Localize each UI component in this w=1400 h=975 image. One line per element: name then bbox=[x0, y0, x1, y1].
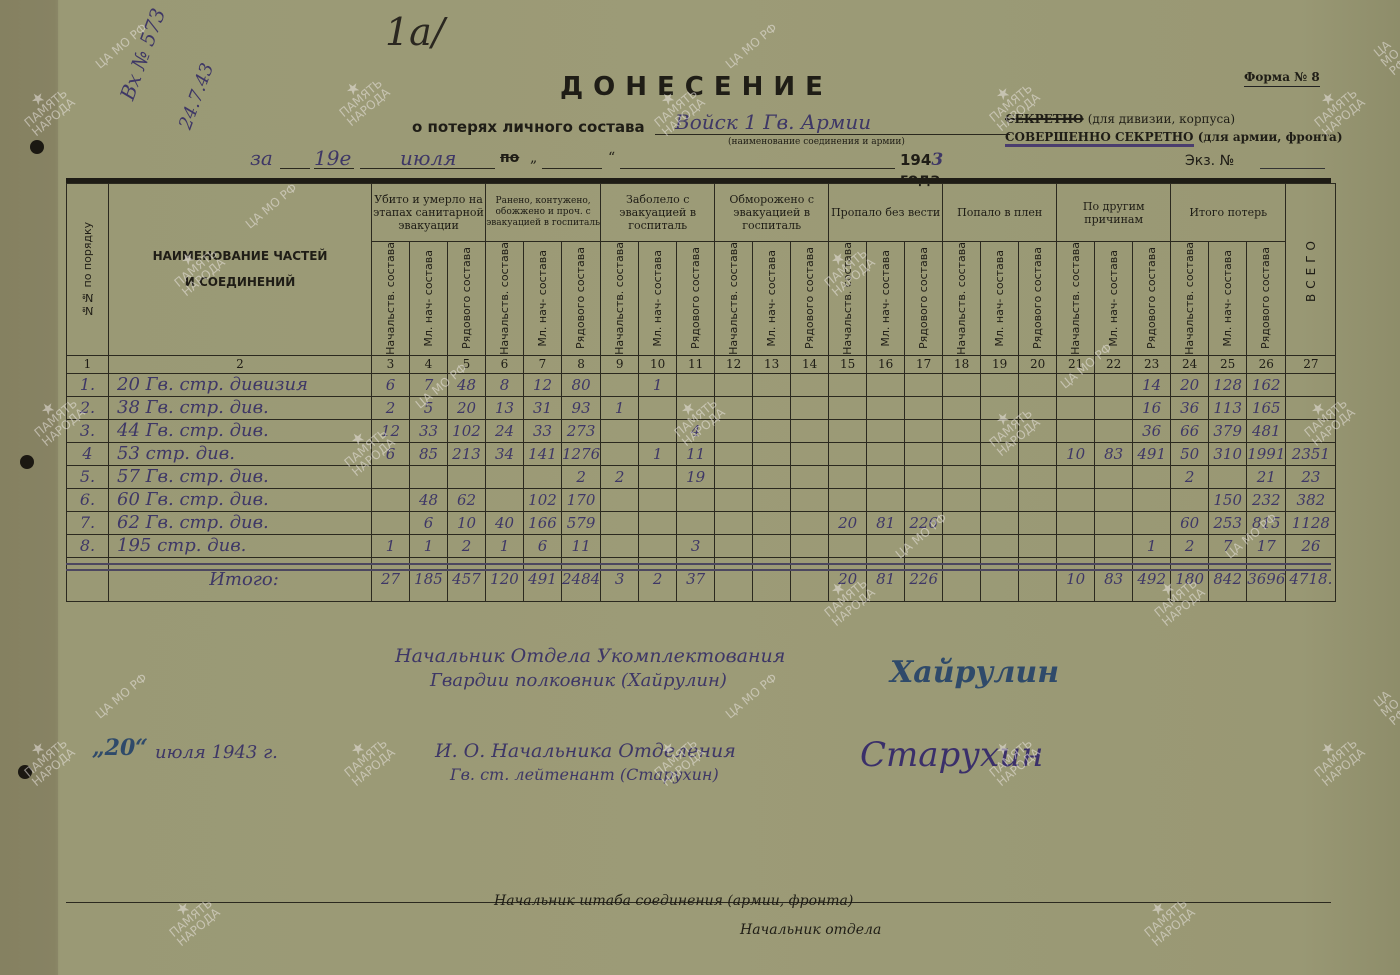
value-cell bbox=[943, 442, 981, 465]
unit-name: 62 Гв. стр. див. bbox=[109, 511, 372, 534]
value-cell bbox=[829, 442, 867, 465]
value-cell bbox=[1057, 511, 1095, 534]
value-cell bbox=[867, 396, 905, 419]
value-cell bbox=[715, 465, 753, 488]
value-cell bbox=[524, 465, 562, 488]
header-unit-name: НАИМЕНОВАНИЕ ЧАСТЕЙ И СОЕДИНЕНИЙ bbox=[109, 184, 372, 356]
value-cell: 2 bbox=[562, 465, 601, 488]
group-frostbite: Обморожено с эвакуацией в госпиталь bbox=[715, 184, 829, 242]
value-cell bbox=[943, 396, 981, 419]
value-cell: 491 bbox=[1133, 442, 1171, 465]
classification-top-secret: СОВЕРШЕННО СЕКРЕТНО (для армии, фронта) bbox=[1005, 130, 1343, 144]
value-cell bbox=[791, 534, 829, 557]
value-cell bbox=[639, 396, 677, 419]
value-cell bbox=[639, 419, 677, 442]
report-date: июля 1943 г. bbox=[155, 742, 278, 763]
value-cell: 12 bbox=[372, 419, 410, 442]
value-cell: 3 bbox=[677, 534, 715, 557]
value-cell: 24 bbox=[486, 419, 524, 442]
value-cell: 80 bbox=[562, 373, 601, 396]
value-cell bbox=[1019, 419, 1057, 442]
value-cell bbox=[981, 534, 1019, 557]
group-missing: Пропало без вести bbox=[829, 184, 943, 242]
value-cell bbox=[715, 419, 753, 442]
header-grand-total: ВСЕГО bbox=[1286, 184, 1336, 356]
value-cell: 34 bbox=[486, 442, 524, 465]
value-cell: 2 bbox=[448, 534, 486, 557]
sheet-mark: 1а/ bbox=[385, 10, 445, 54]
value-cell: 1 bbox=[486, 534, 524, 557]
table-row: 453 стр. див.685213341411276111108349150… bbox=[67, 442, 1336, 465]
value-cell bbox=[601, 511, 639, 534]
value-cell bbox=[867, 534, 905, 557]
value-cell bbox=[943, 488, 981, 511]
value-cell: 33 bbox=[410, 419, 448, 442]
watermark: ★ПАМЯТЬНАРОДА bbox=[334, 728, 397, 789]
value-cell bbox=[1095, 534, 1133, 557]
row-number: 8. bbox=[67, 534, 109, 557]
watermark-archive: ЦА МО РФ bbox=[93, 671, 149, 720]
value-cell bbox=[1171, 488, 1209, 511]
value-cell bbox=[867, 465, 905, 488]
value-cell bbox=[905, 442, 943, 465]
table-row: 3.44 Гв. стр. див.1233102243327343666379… bbox=[67, 419, 1336, 442]
value-cell: 1 bbox=[639, 373, 677, 396]
value-cell: 6 bbox=[410, 511, 448, 534]
value-cell bbox=[1095, 511, 1133, 534]
value-cell bbox=[1133, 511, 1171, 534]
value-cell: 1128 bbox=[1286, 511, 1336, 534]
watermark: ★ПАМЯТЬНАРОДА bbox=[329, 68, 392, 129]
value-cell: 379 bbox=[1209, 419, 1247, 442]
value-cell: 7 bbox=[1209, 534, 1247, 557]
value-cell: 48 bbox=[410, 488, 448, 511]
value-cell bbox=[943, 465, 981, 488]
value-cell bbox=[943, 419, 981, 442]
value-cell: 226 bbox=[905, 511, 943, 534]
value-cell bbox=[1095, 488, 1133, 511]
value-cell bbox=[981, 465, 1019, 488]
value-cell bbox=[486, 488, 524, 511]
row-number: 4 bbox=[67, 442, 109, 465]
value-cell bbox=[1209, 465, 1247, 488]
value-cell: 2 bbox=[1171, 534, 1209, 557]
value-cell bbox=[791, 511, 829, 534]
value-cell: 20 bbox=[448, 396, 486, 419]
value-cell bbox=[1057, 373, 1095, 396]
value-cell bbox=[639, 511, 677, 534]
value-cell bbox=[905, 396, 943, 419]
value-cell: 50 bbox=[1171, 442, 1209, 465]
value-cell: 93 bbox=[562, 396, 601, 419]
value-cell: 1 bbox=[639, 442, 677, 465]
value-cell bbox=[981, 373, 1019, 396]
form-number: Форма № 8 bbox=[1244, 70, 1320, 87]
signature-rank-2: Гв. ст. лейтенант (Старухин) bbox=[450, 765, 719, 784]
value-cell bbox=[639, 465, 677, 488]
value-cell: 815 bbox=[1247, 511, 1286, 534]
punch-hole bbox=[20, 455, 34, 469]
signature-1: Хайрулин bbox=[890, 655, 1059, 690]
signature-rank-1: Гвардии полковник (Хайрулин) bbox=[430, 670, 727, 691]
classification-secret: СЕКРЕТНО (для дивизии, корпуса) bbox=[1005, 112, 1235, 126]
value-cell bbox=[1019, 511, 1057, 534]
value-cell: 16 bbox=[1133, 396, 1171, 419]
value-cell bbox=[1019, 488, 1057, 511]
totals-separator bbox=[66, 563, 1331, 571]
report-date-day: „20“ bbox=[92, 735, 148, 761]
value-cell bbox=[601, 534, 639, 557]
value-cell bbox=[1019, 396, 1057, 419]
document-page: Вх № 573 24.7.43 1а/ ДОНЕСЕНИЕ о потерях… bbox=[0, 0, 1400, 975]
value-cell bbox=[677, 373, 715, 396]
watermark-archive: ЦА МО РФ bbox=[723, 21, 779, 70]
value-cell bbox=[753, 465, 791, 488]
value-cell: 62 bbox=[448, 488, 486, 511]
header-row-number: №№ по порядку bbox=[67, 184, 109, 356]
value-cell bbox=[1286, 419, 1336, 442]
copy-number-label: Экз. № bbox=[1185, 153, 1234, 169]
value-cell: 2 bbox=[1171, 465, 1209, 488]
value-cell: 23 bbox=[1286, 465, 1336, 488]
value-cell bbox=[943, 534, 981, 557]
group-killed: Убито и умерло на этапах санитарной эвак… bbox=[372, 184, 486, 242]
value-cell: 382 bbox=[1286, 488, 1336, 511]
value-cell: 141 bbox=[524, 442, 562, 465]
value-cell bbox=[1057, 465, 1095, 488]
value-cell bbox=[601, 419, 639, 442]
value-cell: 17 bbox=[1247, 534, 1286, 557]
value-cell: 1 bbox=[1133, 534, 1171, 557]
watermark: ★ПАМЯТЬНАРОДА bbox=[159, 888, 222, 949]
watermark-archive: ЦА МО РФ bbox=[1371, 38, 1400, 78]
value-cell: 20 bbox=[829, 511, 867, 534]
value-cell bbox=[715, 442, 753, 465]
value-cell bbox=[1057, 534, 1095, 557]
value-cell bbox=[601, 488, 639, 511]
row-number: 7. bbox=[67, 511, 109, 534]
watermark-archive: ЦА МО РФ bbox=[723, 671, 779, 720]
value-cell bbox=[943, 373, 981, 396]
value-cell bbox=[677, 396, 715, 419]
value-cell bbox=[829, 419, 867, 442]
value-cell bbox=[715, 488, 753, 511]
value-cell bbox=[448, 465, 486, 488]
binding-strip bbox=[0, 0, 58, 975]
value-cell bbox=[677, 511, 715, 534]
star-icon: ★ bbox=[1134, 888, 1181, 930]
row-number: 6. bbox=[67, 488, 109, 511]
value-cell bbox=[715, 534, 753, 557]
value-cell bbox=[486, 465, 524, 488]
unit-name: 20 Гв. стр. дивизия bbox=[109, 373, 372, 396]
value-cell bbox=[905, 488, 943, 511]
value-cell: 579 bbox=[562, 511, 601, 534]
watermark: ★ПАМЯТЬНАРОДА bbox=[1134, 888, 1197, 949]
signature-title-1: Начальник Отдела Укомплектования bbox=[395, 645, 785, 667]
value-cell bbox=[1095, 465, 1133, 488]
value-cell: 81 bbox=[867, 511, 905, 534]
value-cell bbox=[753, 419, 791, 442]
footer-chief-of-staff: Начальник штаба соединения (армии, фронт… bbox=[494, 893, 853, 909]
star-icon: ★ bbox=[329, 68, 376, 110]
value-cell: 232 bbox=[1247, 488, 1286, 511]
value-cell: 2 bbox=[601, 465, 639, 488]
unit-name: 44 Гв. стр. див. bbox=[109, 419, 372, 442]
value-cell bbox=[1286, 373, 1336, 396]
unit-name: 38 Гв. стр. див. bbox=[109, 396, 372, 419]
signature-2: Старухин bbox=[860, 735, 1043, 775]
value-cell: 10 bbox=[1057, 442, 1095, 465]
value-cell bbox=[981, 396, 1019, 419]
table-row: 1.20 Гв. стр. дивизия6748812801142012816… bbox=[67, 373, 1336, 396]
value-cell: 1 bbox=[410, 534, 448, 557]
copy-number-field bbox=[1260, 168, 1325, 169]
value-cell bbox=[981, 488, 1019, 511]
value-cell: 8 bbox=[486, 373, 524, 396]
value-cell bbox=[791, 396, 829, 419]
value-cell: 19 bbox=[677, 465, 715, 488]
table-row: 2.38 Гв. стр. див.252013319311636113165 bbox=[67, 396, 1336, 419]
value-cell: 85 bbox=[410, 442, 448, 465]
value-cell bbox=[829, 396, 867, 419]
value-cell bbox=[791, 373, 829, 396]
value-cell bbox=[791, 442, 829, 465]
value-cell: 162 bbox=[1247, 373, 1286, 396]
value-cell bbox=[867, 442, 905, 465]
footer-dept-chief: Начальник отдела bbox=[740, 922, 881, 938]
value-cell: 21 bbox=[1247, 465, 1286, 488]
value-cell bbox=[372, 511, 410, 534]
signature-title-2: И. О. Начальника Отделения bbox=[435, 740, 736, 762]
value-cell: 20 bbox=[1171, 373, 1209, 396]
unit-field: Войск 1 Гв. Армии bbox=[655, 110, 1010, 135]
value-cell: 6 bbox=[524, 534, 562, 557]
value-cell bbox=[943, 511, 981, 534]
table-row: 6.60 Гв. стр. див.4862102170150232382 bbox=[67, 488, 1336, 511]
value-cell: 31 bbox=[524, 396, 562, 419]
value-cell: 113 bbox=[1209, 396, 1247, 419]
value-cell bbox=[829, 373, 867, 396]
value-cell bbox=[829, 534, 867, 557]
group-sick: Заболело с эвакуацией в госпиталь bbox=[601, 184, 715, 242]
value-cell: 4 bbox=[677, 419, 715, 442]
value-cell: 102 bbox=[524, 488, 562, 511]
punch-hole bbox=[18, 765, 32, 779]
value-cell: 13 bbox=[486, 396, 524, 419]
value-cell bbox=[1019, 373, 1057, 396]
value-cell bbox=[677, 488, 715, 511]
value-cell: 10 bbox=[448, 511, 486, 534]
unit-name: 57 Гв. стр. див. bbox=[109, 465, 372, 488]
value-cell bbox=[1019, 465, 1057, 488]
value-cell: 40 bbox=[486, 511, 524, 534]
value-cell: 11 bbox=[562, 534, 601, 557]
subtitle: о потерях личного состава bbox=[412, 118, 645, 136]
value-cell bbox=[1095, 373, 1133, 396]
unit-name: 195 стр. див. bbox=[109, 534, 372, 557]
value-cell bbox=[1095, 419, 1133, 442]
value-cell bbox=[829, 465, 867, 488]
value-cell bbox=[639, 488, 677, 511]
value-cell: 5 bbox=[410, 396, 448, 419]
star-icon: ★ bbox=[159, 888, 206, 930]
value-cell: 1991 bbox=[1247, 442, 1286, 465]
margin-note-incoming: Вх № 573 bbox=[115, 5, 170, 103]
value-cell bbox=[1133, 488, 1171, 511]
value-cell bbox=[905, 419, 943, 442]
value-cell bbox=[981, 511, 1019, 534]
value-cell: 102 bbox=[448, 419, 486, 442]
table-row: 8.195 стр. див.112161131271726 bbox=[67, 534, 1336, 557]
value-cell bbox=[829, 488, 867, 511]
value-cell bbox=[1133, 465, 1171, 488]
value-cell: 166 bbox=[524, 511, 562, 534]
row-number: 5. bbox=[67, 465, 109, 488]
unit-handwritten: Войск 1 Гв. Армии bbox=[675, 110, 871, 134]
value-cell: 7 bbox=[410, 373, 448, 396]
value-cell: 36 bbox=[1171, 396, 1209, 419]
value-cell bbox=[791, 419, 829, 442]
value-cell: 66 bbox=[1171, 419, 1209, 442]
value-cell: 83 bbox=[1095, 442, 1133, 465]
unit-name: 60 Гв. стр. див. bbox=[109, 488, 372, 511]
star-icon: ★ bbox=[334, 728, 381, 770]
value-cell: 273 bbox=[562, 419, 601, 442]
value-cell bbox=[981, 419, 1019, 442]
value-cell bbox=[372, 488, 410, 511]
value-cell bbox=[1057, 488, 1095, 511]
table-row: 5.57 Гв. стр. див.221922123 bbox=[67, 465, 1336, 488]
value-cell bbox=[867, 373, 905, 396]
watermark: ★ПАМЯТЬНАРОДА bbox=[1304, 728, 1367, 789]
value-cell: 2 bbox=[372, 396, 410, 419]
value-cell: 1 bbox=[601, 396, 639, 419]
value-cell bbox=[753, 373, 791, 396]
value-cell: 165 bbox=[1247, 396, 1286, 419]
punch-hole bbox=[30, 140, 44, 154]
value-cell: 253 bbox=[1209, 511, 1247, 534]
value-cell bbox=[1095, 396, 1133, 419]
value-cell bbox=[1019, 442, 1057, 465]
value-cell bbox=[715, 396, 753, 419]
value-cell bbox=[753, 488, 791, 511]
value-cell: 6 bbox=[372, 442, 410, 465]
value-cell: 150 bbox=[1209, 488, 1247, 511]
value-cell: 170 bbox=[562, 488, 601, 511]
value-cell bbox=[905, 373, 943, 396]
period-line: за 19е июля по „ “ 1943 года bbox=[250, 150, 985, 172]
value-cell bbox=[867, 419, 905, 442]
margin-note-date: 24.7.43 bbox=[175, 60, 218, 132]
star-icon: ★ bbox=[979, 73, 1026, 115]
unit-caption: (наименование соединения и армии) bbox=[728, 137, 905, 147]
value-cell: 11 bbox=[677, 442, 715, 465]
value-cell bbox=[410, 465, 448, 488]
value-cell bbox=[905, 534, 943, 557]
value-cell bbox=[753, 396, 791, 419]
value-cell bbox=[867, 488, 905, 511]
table-row: 7.62 Гв. стр. див.6104016657920812266025… bbox=[67, 511, 1336, 534]
group-header-row: №№ по порядку НАИМЕНОВАНИЕ ЧАСТЕЙ И СОЕД… bbox=[67, 184, 1336, 242]
value-cell: 128 bbox=[1209, 373, 1247, 396]
group-total-losses: Итого потерь bbox=[1171, 184, 1286, 242]
value-cell bbox=[1057, 419, 1095, 442]
value-cell bbox=[715, 511, 753, 534]
column-number-row: 12 34 56 78 910 1112 1314 1516 1718 1920… bbox=[67, 355, 1336, 373]
value-cell: 1 bbox=[372, 534, 410, 557]
group-captured: Попало в плен bbox=[943, 184, 1057, 242]
value-cell bbox=[1019, 534, 1057, 557]
star-icon: ★ bbox=[1304, 728, 1351, 770]
row-number: 3. bbox=[67, 419, 109, 442]
value-cell: 12 bbox=[524, 373, 562, 396]
group-wounded: Ранено, контужено, обожжено и проч. с эв… bbox=[486, 184, 601, 242]
page-title: ДОНЕСЕНИЕ bbox=[560, 72, 833, 102]
value-cell: 60 bbox=[1171, 511, 1209, 534]
value-cell bbox=[639, 534, 677, 557]
value-cell bbox=[601, 442, 639, 465]
losses-table: №№ по порядку НАИМЕНОВАНИЕ ЧАСТЕЙ И СОЕД… bbox=[66, 183, 1336, 602]
value-cell bbox=[601, 373, 639, 396]
row-number: 2. bbox=[67, 396, 109, 419]
value-cell: 14 bbox=[1133, 373, 1171, 396]
value-cell bbox=[753, 511, 791, 534]
value-cell bbox=[1286, 396, 1336, 419]
value-cell bbox=[791, 488, 829, 511]
value-cell bbox=[791, 465, 829, 488]
value-cell bbox=[981, 442, 1019, 465]
value-cell: 2351 bbox=[1286, 442, 1336, 465]
value-cell bbox=[1057, 396, 1095, 419]
value-cell: 48 bbox=[448, 373, 486, 396]
value-cell bbox=[715, 373, 753, 396]
value-cell: 26 bbox=[1286, 534, 1336, 557]
value-cell: 310 bbox=[1209, 442, 1247, 465]
watermark-archive: ЦА МО РФ bbox=[1371, 688, 1400, 728]
value-cell: 213 bbox=[448, 442, 486, 465]
row-number: 1. bbox=[67, 373, 109, 396]
group-other: По другим причинам bbox=[1057, 184, 1171, 242]
value-cell bbox=[372, 465, 410, 488]
value-cell: 33 bbox=[524, 419, 562, 442]
value-cell bbox=[905, 465, 943, 488]
value-cell bbox=[753, 534, 791, 557]
value-cell: 6 bbox=[372, 373, 410, 396]
unit-name: 53 стр. див. bbox=[109, 442, 372, 465]
value-cell: 36 bbox=[1133, 419, 1171, 442]
value-cell bbox=[753, 442, 791, 465]
value-cell: 1276 bbox=[562, 442, 601, 465]
value-cell: 481 bbox=[1247, 419, 1286, 442]
